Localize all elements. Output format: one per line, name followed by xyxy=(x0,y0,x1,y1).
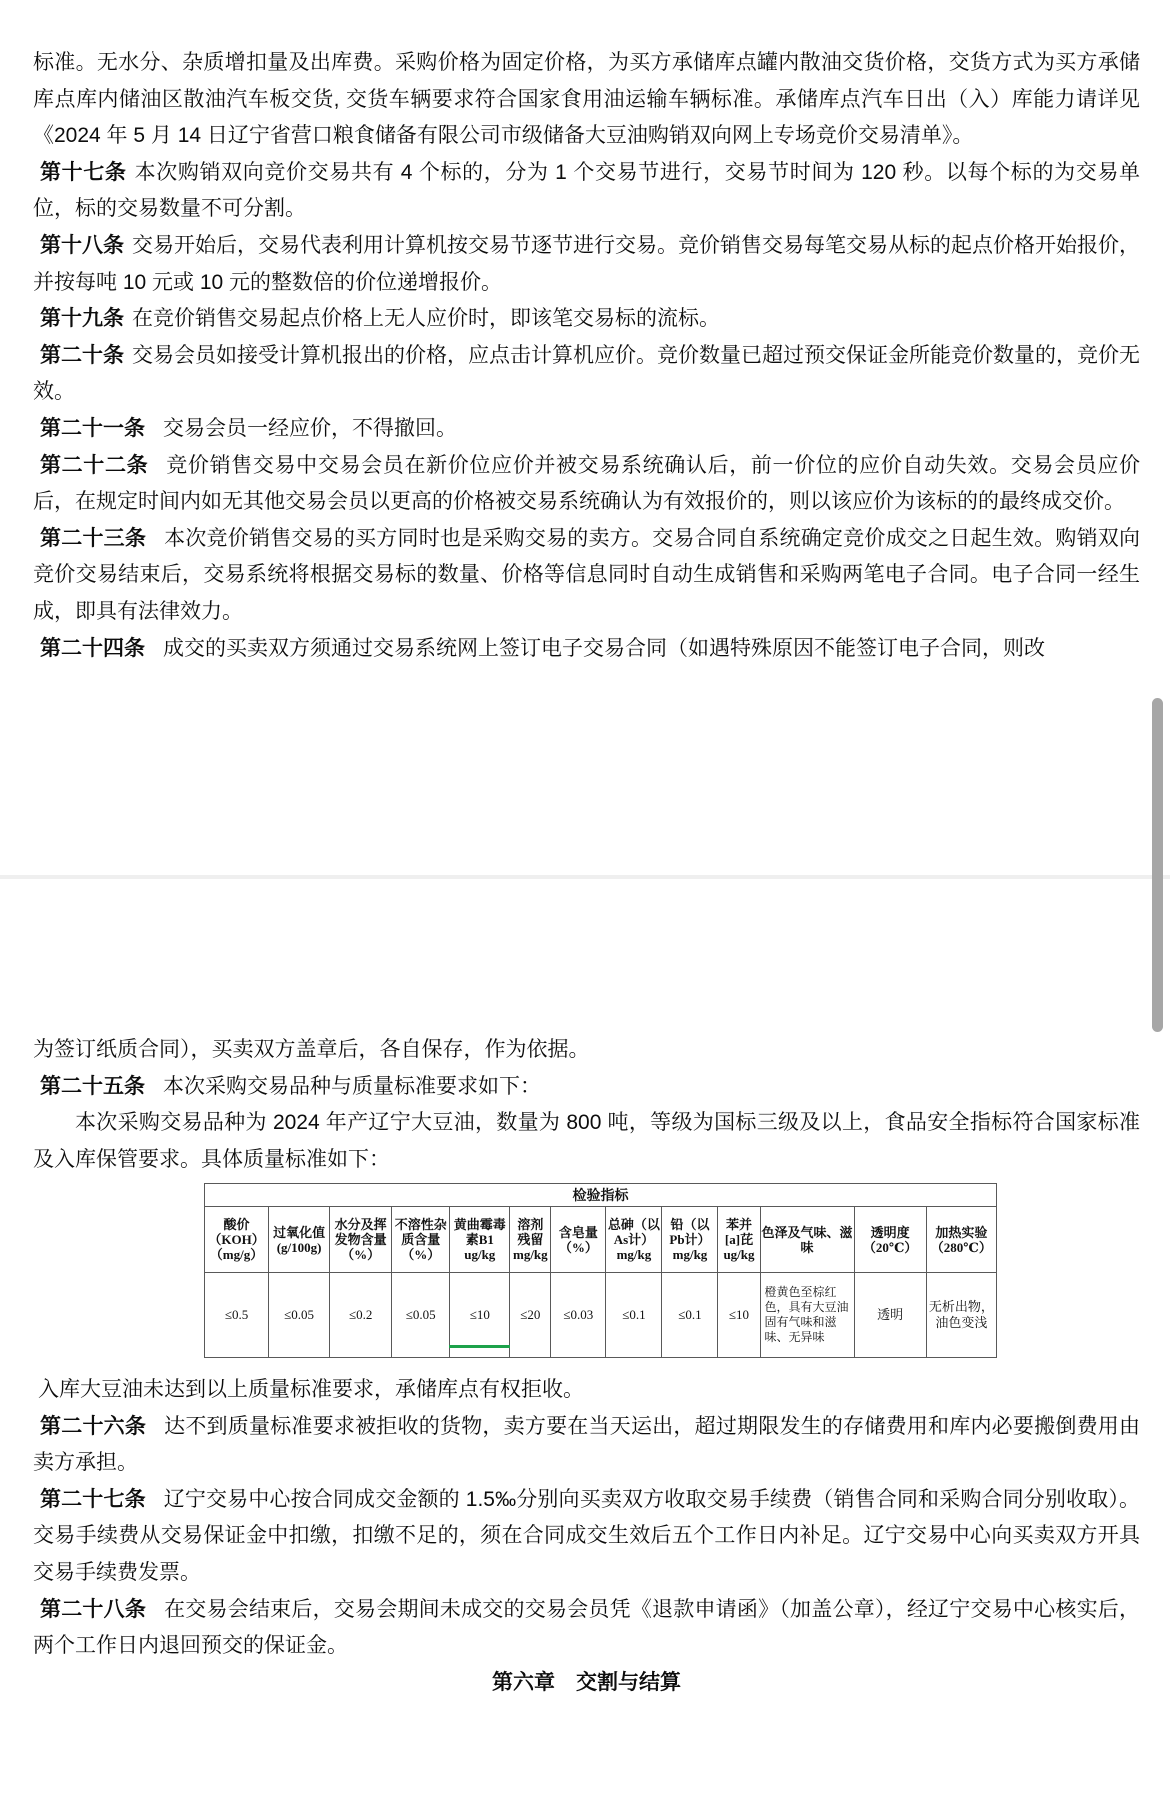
clause-text: 本次购销双向竞价交易共有 4 个标的，分为 1 个交易节进行，交易节时间为 12… xyxy=(33,161,1140,221)
paragraph-text: 标准。无水分、杂质增扣量及出库费。采购价格为固定价格，为买方承储库点罐内散油交货… xyxy=(33,51,1140,147)
table-title-row: 检验指标 xyxy=(205,1184,997,1207)
clause-text: 在交易会结束后，交易会期间未成交的交易会员凭《退款申请函》（加盖公章），经辽宁交… xyxy=(33,1598,1140,1658)
page2-text-block-top: 为签订纸质合同），买卖双方盖章后，各自保存，作为依据。 第二十五条本次采购交易品… xyxy=(33,1032,1140,1178)
clause-text: 交易会员如接受计算机报出的价格，应点击计算机应价。竞价数量已超过预交保证金所能竞… xyxy=(33,344,1140,404)
clause-26: 第二十六条达不到质量标准要求被拒收的货物，卖方要在当天运出，超过期限发生的存储费… xyxy=(33,1409,1140,1482)
clause-19: 第十九条在竞价销售交易起点价格上无人应价时，即该笔交易标的流标。 xyxy=(33,301,1140,338)
clause-label: 第二十五条 xyxy=(40,1075,145,1098)
clause-label: 第二十七条 xyxy=(40,1488,146,1511)
paragraph-continuation: 标准。无水分、杂质增扣量及出库费。采购价格为固定价格，为买方承储库点罐内散油交货… xyxy=(33,45,1140,155)
table-value-cell: ≤20 xyxy=(510,1273,551,1358)
clause-label: 第十九条 xyxy=(40,307,124,330)
clause-text: 交易会员一经应价，不得撤回。 xyxy=(163,417,457,440)
table-value-cell: 透明 xyxy=(854,1273,926,1358)
table-value-cell: 橙黄色至棕红色，具有大豆油固有气味和滋味、无异味 xyxy=(760,1273,854,1358)
table-header-cell: 含皂量（%） xyxy=(551,1207,606,1273)
table-header-cell: 溶剂残留 mg/kg xyxy=(510,1207,551,1273)
table-header-cell: 不溶性杂质含量（%） xyxy=(392,1207,450,1273)
table-value-cell: ≤0.1 xyxy=(662,1273,718,1358)
clause-label: 第十八条 xyxy=(40,234,124,257)
table-header-cell: 过氧化值 (g/100g) xyxy=(269,1207,330,1273)
paragraph-spec-intro: 本次采购交易品种为 2024 年产辽宁大豆油，数量为 800 吨，等级为国标三级… xyxy=(33,1105,1140,1178)
clause-24: 第二十四条成交的买卖双方须通过交易系统网上签订电子交易合同（如遇特殊原因不能签订… xyxy=(33,631,1140,668)
clause-label: 第十七条 xyxy=(40,161,127,184)
clause-20: 第二十条交易会员如接受计算机报出的价格，应点击计算机应价。竞价数量已超过预交保证… xyxy=(33,338,1140,411)
paragraph-text: 入库大豆油未达到以上质量标准要求，承储库点有权拒收。 xyxy=(38,1378,584,1401)
table-value-cell: ≤0.05 xyxy=(269,1273,330,1358)
paragraph-rejection-note: 入库大豆油未达到以上质量标准要求，承储库点有权拒收。 xyxy=(33,1372,1140,1409)
table-header-cell: 加热实验（280℃） xyxy=(926,1207,996,1273)
clause-label: 第二十一条 xyxy=(40,417,145,440)
page1-text-block: 标准。无水分、杂质增扣量及出库费。采购价格为固定价格，为买方承储库点罐内散油交货… xyxy=(33,45,1140,667)
table-value-cell: ≤0.5 xyxy=(205,1273,269,1358)
paragraph-text: 为签订纸质合同），买卖双方盖章后，各自保存，作为依据。 xyxy=(33,1038,590,1061)
clause-17: 第十七条本次购销双向竞价交易共有 4 个标的，分为 1 个交易节进行，交易节时间… xyxy=(33,155,1140,228)
table-title: 检验指标 xyxy=(205,1184,997,1207)
annotation-underline xyxy=(449,1345,510,1348)
table-header-cell: 铅（以Pb计）mg/kg xyxy=(662,1207,718,1273)
table-value-cell: ≤10 xyxy=(718,1273,760,1358)
chapter-heading: 第六章 交割与结算 xyxy=(33,1665,1140,1702)
clause-text: 成交的买卖双方须通过交易系统网上签订电子交易合同（如遇特殊原因不能签订电子合同，… xyxy=(163,637,1045,660)
page-separator xyxy=(0,875,1170,879)
clause-label: 第二十四条 xyxy=(40,637,145,660)
clause-18: 第十八条交易开始后，交易代表利用计算机按交易节逐节进行交易。竞价销售交易每笔交易… xyxy=(33,228,1140,301)
clause-text: 本次竞价销售交易的买方同时也是采购交易的卖方。交易合同自系统确定竞价成交之日起生… xyxy=(33,527,1140,623)
quality-standards-table: 检验指标 酸价（KOH）（mg/g） 过氧化值 (g/100g) 水分及挥发物含… xyxy=(204,1183,997,1358)
table-value-cell: ≤0.2 xyxy=(330,1273,392,1358)
table-header-cell: 黄曲霉毒素B1 ug/kg xyxy=(450,1207,510,1273)
table-value-cell: ≤0.03 xyxy=(551,1273,606,1358)
clause-text: 本次采购交易品种与质量标准要求如下： xyxy=(163,1075,541,1098)
clause-label: 第二十六条 xyxy=(40,1415,146,1438)
table-header-cell: 苯并[a]芘 ug/kg xyxy=(718,1207,760,1273)
table-header-cell: 透明度（20℃） xyxy=(854,1207,926,1273)
clause-label: 第二十三条 xyxy=(40,527,146,550)
clause-text: 交易开始后，交易代表利用计算机按交易节逐节进行交易。竞价销售交易每笔交易从标的起… xyxy=(33,234,1140,294)
table-header-cell: 色泽及气味、滋味 xyxy=(760,1207,854,1273)
clause-28: 第二十八条在交易会结束后，交易会期间未成交的交易会员凭《退款申请函》（加盖公章）… xyxy=(33,1592,1140,1665)
clause-25: 第二十五条本次采购交易品种与质量标准要求如下： xyxy=(33,1069,1140,1106)
clause-21: 第二十一条交易会员一经应价，不得撤回。 xyxy=(33,411,1140,448)
clause-text: 在竞价销售交易起点价格上无人应价时，即该笔交易标的流标。 xyxy=(132,307,720,330)
page2-text-block-bottom: 入库大豆油未达到以上质量标准要求，承储库点有权拒收。 第二十六条达不到质量标准要… xyxy=(33,1372,1140,1701)
clause-22: 第二十二条竞价销售交易中交易会员在新价位应价并被交易系统确认后，前一价位的应价自… xyxy=(33,448,1140,521)
table-header-cell: 水分及挥发物含量（%） xyxy=(330,1207,392,1273)
table-value-row: ≤0.5 ≤0.05 ≤0.2 ≤0.05 ≤10 ≤20 ≤0.03 ≤0.1… xyxy=(205,1273,997,1358)
clause-text: 辽宁交易中心按合同成交金额的 1.5‰分别向买卖双方收取交易手续费（销售合同和采… xyxy=(33,1488,1140,1584)
table-header-cell: 总砷（以As计）mg/kg xyxy=(606,1207,662,1273)
table-value-cell: ≤0.05 xyxy=(392,1273,450,1358)
clause-label: 第二十八条 xyxy=(40,1598,146,1621)
clause-label: 第二十条 xyxy=(40,344,124,367)
clause-text: 竞价销售交易中交易会员在新价位应价并被交易系统确认后，前一价位的应价自动失效。交… xyxy=(33,454,1140,514)
table-value-cell: 无析出物，油色变浅 xyxy=(926,1273,996,1358)
table-value-cell: ≤0.1 xyxy=(606,1273,662,1358)
clause-label: 第二十二条 xyxy=(40,454,148,477)
clause-23: 第二十三条本次竞价销售交易的买方同时也是采购交易的卖方。交易合同自系统确定竞价成… xyxy=(33,521,1140,631)
scrollbar-thumb[interactable] xyxy=(1152,698,1163,1032)
clause-27: 第二十七条辽宁交易中心按合同成交金额的 1.5‰分别向买卖双方收取交易手续费（销… xyxy=(33,1482,1140,1592)
paragraph-continuation: 为签订纸质合同），买卖双方盖章后，各自保存，作为依据。 xyxy=(33,1032,1140,1069)
clause-text: 达不到质量标准要求被拒收的货物，卖方要在当天运出，超过期限发生的存储费用和库内必… xyxy=(33,1415,1140,1475)
table-header-row: 酸价（KOH）（mg/g） 过氧化值 (g/100g) 水分及挥发物含量（%） … xyxy=(205,1207,997,1273)
paragraph-text: 本次采购交易品种为 2024 年产辽宁大豆油，数量为 800 吨，等级为国标三级… xyxy=(33,1111,1140,1171)
table-header-cell: 酸价（KOH）（mg/g） xyxy=(205,1207,269,1273)
